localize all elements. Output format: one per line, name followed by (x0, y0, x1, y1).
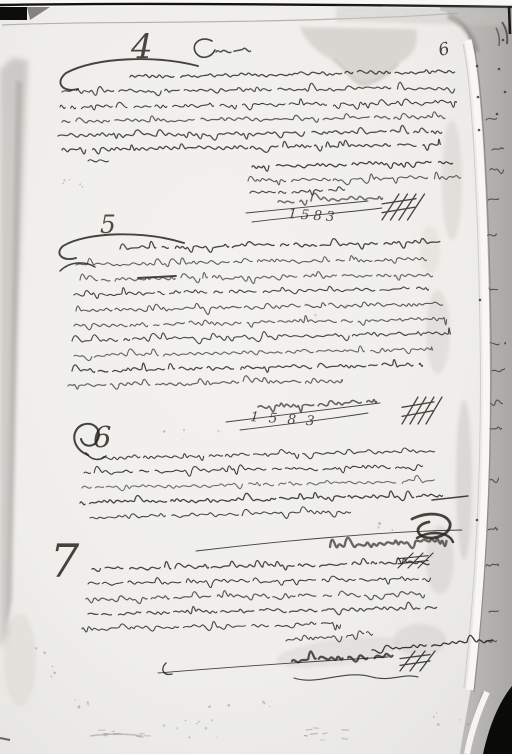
stain (442, 120, 462, 240)
item-number-4: 4 (130, 27, 153, 67)
top-left-black-mark (0, 7, 27, 20)
stain (394, 624, 446, 656)
stain (4, 614, 36, 706)
item-number-7: 7 (50, 534, 80, 588)
stain (456, 400, 472, 560)
item-number-6: 6 (93, 420, 111, 454)
stain (420, 226, 440, 274)
right-edge-dark-line (509, 6, 510, 34)
manuscript-page: 6 4 1583 5 1583 6 7 (0, 0, 512, 754)
photograph-frame: 6 4 1583 5 1583 6 7 (0, 0, 512, 754)
